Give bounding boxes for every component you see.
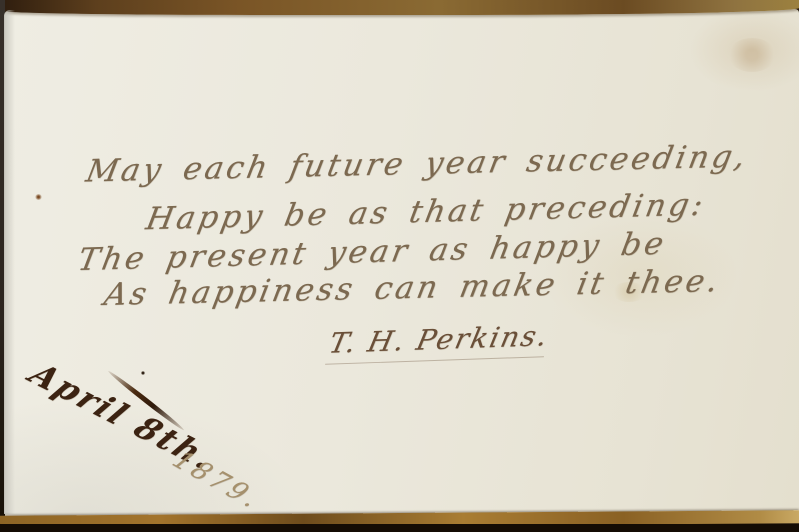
photo-bottom-border (0, 524, 799, 532)
foxing-spot (35, 194, 42, 200)
signature-text: T. H. Perkins. (325, 319, 552, 365)
album-top-edge (0, 0, 799, 15)
ink-speck (141, 371, 145, 375)
album-page-photo: May each future year succeeding, Happy b… (0, 0, 799, 532)
page-curl-left (4, 10, 15, 514)
stain-top-right (728, 38, 776, 72)
